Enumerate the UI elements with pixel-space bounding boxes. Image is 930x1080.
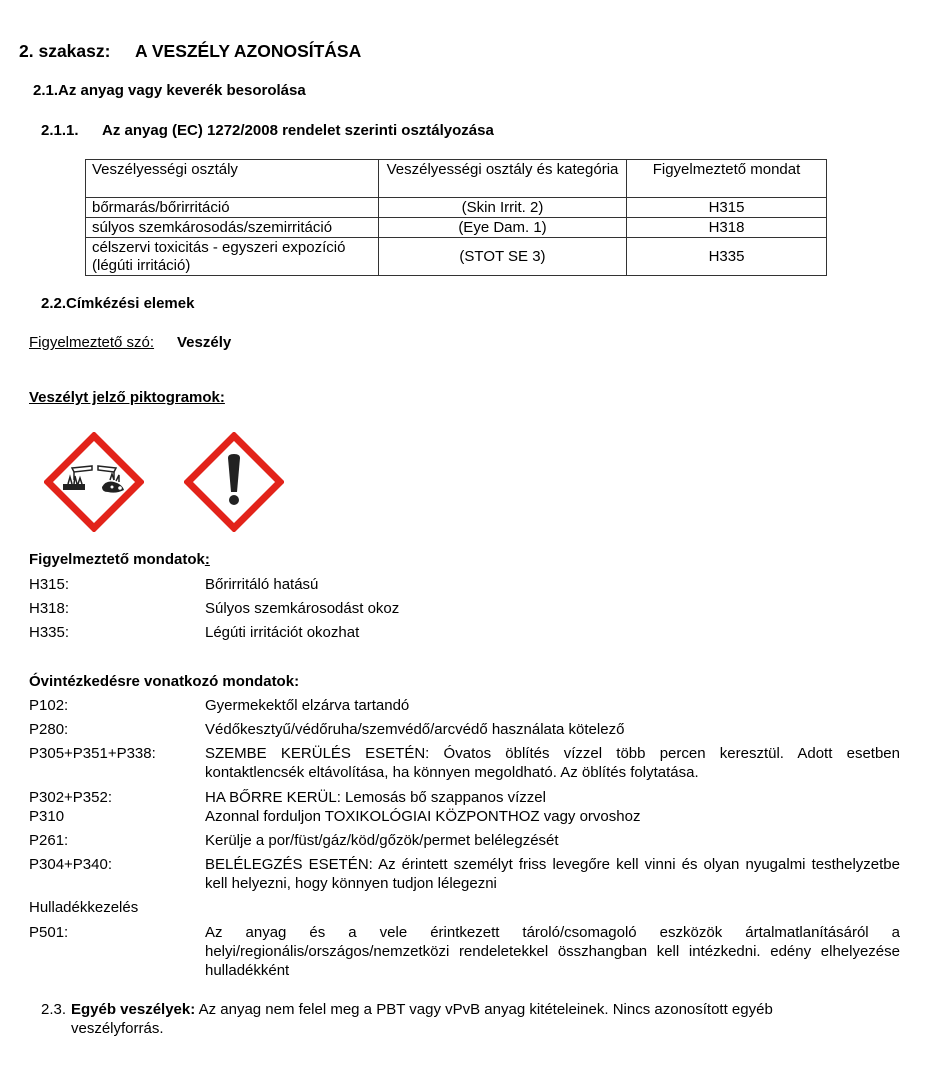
section-title: A VESZÉLY AZONOSÍTÁSA <box>135 41 361 61</box>
subsection-2-1-heading: 2.1.Az anyag vagy keverék besorolása <box>33 82 306 99</box>
subsection-title: Az anyag (EC) 1272/2008 rendelet szerint… <box>102 122 494 139</box>
statement-text: Légúti irritációt okozhat <box>205 623 900 642</box>
table-cell: (Skin Irrit. 2) <box>379 198 627 218</box>
statement-code: P305+P351+P338: <box>29 744 156 763</box>
subsection-number: 2.2. <box>41 295 66 312</box>
table-cell: (Eye Dam. 1) <box>379 218 627 238</box>
table-header-cell: Veszélyességi osztály és kategória <box>379 160 627 198</box>
subsection-number: 2.1. <box>33 82 58 99</box>
table-header-row: Veszélyességi osztály Veszélyességi oszt… <box>86 160 827 198</box>
classification-table: Veszélyességi osztály Veszélyességi oszt… <box>85 159 827 276</box>
precautionary-statements-title: Óvintézkedésre vonatkozó mondatok: <box>29 673 299 690</box>
table-cell: (STOT SE 3) <box>379 238 627 276</box>
subsection-title: Címkézési elemek <box>66 295 194 312</box>
statement-text: Bőrirritáló hatású <box>205 575 900 594</box>
statement-text: SZEMBE KERÜLÉS ESETÉN: Óvatos öblítés ví… <box>205 744 900 782</box>
table-row: súlyos szemkárosodás/szemirritáció (Eye … <box>86 218 827 238</box>
subsection-number: 2.1.1. <box>41 122 102 139</box>
subsection-number: 2.3. <box>41 1000 71 1019</box>
statement-text: Kerülje a por/füst/gáz/köd/gőzök/permet … <box>205 831 900 850</box>
other-hazards-text: Az anyag nem felel meg a PBT vagy vPvB a… <box>199 1001 773 1018</box>
table-row: bőrmarás/bőrirritáció (Skin Irrit. 2) H3… <box>86 198 827 218</box>
pictograms-title: Veszélyt jelző piktogramok: <box>29 389 225 406</box>
statement-code: P102: <box>29 696 68 715</box>
signal-word-label: Figyelmeztető szó: <box>29 334 154 351</box>
signal-word: Veszély <box>177 334 231 351</box>
statement-code: P304+P340: <box>29 855 112 874</box>
table-cell: bőrmarás/bőrirritáció <box>86 198 379 218</box>
statement-text: Gyermekektől elzárva tartandó <box>205 696 900 715</box>
statement-text: BELÉLEGZÉS ESETÉN: Az érintett személyt … <box>205 855 900 893</box>
statement-text: Védőkesztyű/védőruha/szemvédő/arcvédő ha… <box>205 720 900 739</box>
subsection-2-1-1-heading: 2.1.1.Az anyag (EC) 1272/2008 rendelet s… <box>41 122 494 139</box>
section-number: 2. szakasz: <box>19 41 135 62</box>
table-cell: H335 <box>627 238 827 276</box>
statement-code: P310 <box>29 807 64 826</box>
other-hazards-label: Egyéb veszélyek: <box>71 1001 195 1018</box>
statement-text: Az anyag és a vele érintkezett tároló/cs… <box>205 923 900 980</box>
table-header-cell: Veszélyességi osztály <box>86 160 379 198</box>
statement-text: HA BŐRRE KERÜL: Lemosás bő szappanos víz… <box>205 788 900 807</box>
ghs07-exclamation-icon <box>184 432 284 532</box>
subsection-title: Az anyag vagy keverék besorolása <box>58 82 306 99</box>
waste-disposal-label: Hulladékkezelés <box>29 899 138 916</box>
statement-code: P501: <box>29 923 68 942</box>
statement-text: Súlyos szemkárosodást okoz <box>205 599 900 618</box>
table-cell: célszervi toxicitás - egyszeri expozíció… <box>86 238 379 276</box>
subsection-2-2-heading: 2.2.Címkézési elemek <box>41 295 194 312</box>
statement-code: H318: <box>29 599 69 618</box>
statement-code: P302+P352: <box>29 788 112 807</box>
table-cell: H318 <box>627 218 827 238</box>
statement-text: Azonnal forduljon TOXIKOLÓGIAI KÖZPONTHO… <box>205 807 900 826</box>
table-cell: H315 <box>627 198 827 218</box>
statement-code: P280: <box>29 720 68 739</box>
statement-code: H335: <box>29 623 69 642</box>
statement-code: P261: <box>29 831 68 850</box>
subsection-2-3: 2.3.Egyéb veszélyek: Az anyag nem felel … <box>41 1000 901 1038</box>
ghs05-corrosion-icon <box>44 432 144 532</box>
table-header-cell: Figyelmeztető mondat <box>627 160 827 198</box>
table-cell: súlyos szemkárosodás/szemirritáció <box>86 218 379 238</box>
section-heading: 2. szakasz:A VESZÉLY AZONOSÍTÁSA <box>19 41 361 62</box>
other-hazards-continuation: veszélyforrás. <box>41 1019 901 1038</box>
table-row: célszervi toxicitás - egyszeri expozíció… <box>86 238 827 276</box>
statement-code: H315: <box>29 575 69 594</box>
hazard-statements-title: Figyelmeztető mondatok: <box>29 551 210 568</box>
